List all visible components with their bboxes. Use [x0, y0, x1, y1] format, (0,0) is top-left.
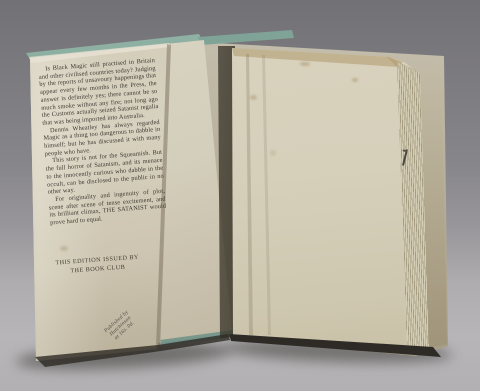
photo-of-open-book: Is Black Magic still practised in Britai…: [0, 0, 480, 391]
jacket-flap-blurb: Is Black Magic still practised in Britai…: [38, 57, 167, 227]
foxing-spot: [270, 150, 276, 156]
blurb-paragraph: Is Black Magic still practised in Britai…: [38, 57, 159, 127]
foxing-spot: [60, 246, 68, 251]
foxing-spot: [300, 62, 310, 66]
foxing-spot: [250, 95, 257, 100]
foxing-spot: [352, 78, 358, 82]
